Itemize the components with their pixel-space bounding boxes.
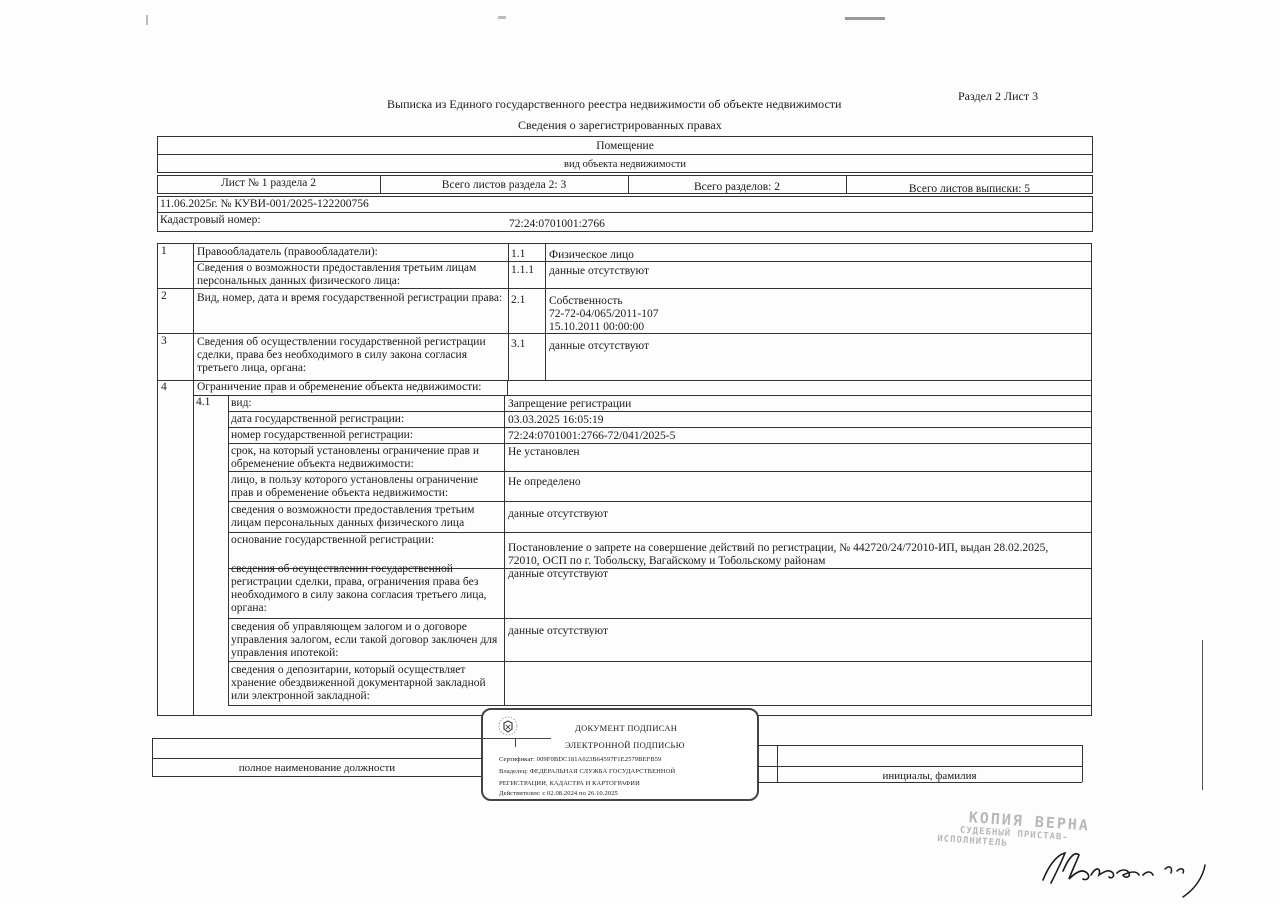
enc-personal-data-label: сведения о возможности предоставления тр…	[231, 504, 501, 530]
enc-date-label: дата государственной регистрации:	[231, 413, 404, 426]
document-title: Выписка из Единого государственного реес…	[387, 98, 841, 111]
enc-number-value: 72:24:0701001:2766-72/041/2025-5	[508, 430, 675, 443]
sub-number: 2.1	[511, 294, 525, 307]
row-number: 1	[161, 245, 167, 258]
object-type-caption: вид объекта недвижимости	[157, 158, 1093, 171]
total-section-sheets: Всего листов раздела 2: 3	[380, 179, 628, 192]
right-holder-value: Физическое лицо	[549, 249, 634, 262]
right-reg-date: 15.10.2011 00:00:00	[549, 321, 644, 334]
enc-beneficiary-label: лицо, в пользу которого установлены огра…	[231, 474, 503, 500]
position-caption: полное наименование должности	[152, 762, 482, 775]
section-sheet-label: Раздел 2 Лист 3	[958, 90, 1038, 103]
signed-line-2: ЭЛЕКТРОННОЙ ПОДПИСЬЮ	[565, 740, 685, 750]
enc-consent-value: данные отсутствуют	[508, 568, 608, 581]
row-number: 3	[161, 335, 167, 348]
enc-pledge-manager-value: данные отсутствуют	[508, 625, 608, 638]
consent-value: данные отсутствуют	[549, 340, 649, 353]
enc-term-label: срок, на который установлены ограничение…	[231, 445, 503, 471]
enc-pledge-manager-label: сведения об управляющем залогом и о дого…	[231, 621, 503, 660]
cadastral-label: Кадастровый номер:	[160, 214, 261, 227]
certificate-owner-1: Владелец: ФЕДЕРАЛЬНАЯ СЛУЖБА ГОСУДАРСТВЕ…	[499, 767, 675, 776]
enc-depositary-label: сведения о депозитарии, который осуществ…	[231, 664, 493, 703]
encumbrance-number: 4.1	[196, 396, 210, 409]
certificate-validity: Действителен: с 02.08.2024 по 26.10.2025	[499, 789, 618, 798]
personal-data-value: данные отсутствуют	[549, 265, 649, 278]
scan-artifact	[498, 16, 506, 19]
signed-line-1: ДОКУМЕНТ ПОДПИСАН	[575, 723, 677, 733]
row-number: 4	[161, 381, 167, 394]
object-type-value: Помещение	[157, 140, 1093, 153]
electronic-signature-stamp: ДОКУМЕНТ ПОДПИСАН ЭЛЕКТРОННОЙ ПОДПИСЬЮ С…	[481, 708, 759, 801]
enc-consent-label: сведения об осуществлении государственно…	[231, 563, 503, 615]
enc-basis-value: Постановление о запрете на совершение де…	[508, 542, 1068, 568]
certificate-owner-2: РЕГИСТРАЦИИ, КАДАСТРА И КАРТОГРАФИИ	[499, 779, 640, 788]
emblem-icon	[497, 715, 519, 739]
certificate-number: Сертификат: 009F0BDC181A023B64597F1E2579…	[499, 755, 661, 764]
sub-number: 1.1	[511, 248, 525, 261]
total-extract-sheets: Всего листов выписки: 5	[846, 183, 1093, 196]
extract-reference: 11.06.2025г. № КУВИ-001/2025-122200756	[160, 198, 369, 211]
row-number: 2	[161, 290, 167, 303]
cadastral-number: 72:24:0701001:2766	[509, 218, 605, 231]
enc-kind-label: вид:	[231, 397, 252, 410]
scan-artifact	[146, 15, 148, 25]
sub-number: 3.1	[511, 338, 525, 351]
name-caption: инициалы, фамилия	[777, 770, 1082, 783]
sheet-of-section: Лист № 1 раздела 2	[157, 177, 380, 190]
right-holder-label: Правообладатель (правообладатели):	[197, 246, 378, 259]
enc-beneficiary-value: Не определено	[508, 476, 581, 489]
enc-kind-value: Запрещение регистрации	[508, 398, 631, 411]
right-reg-number: 72-72-04/065/2011-107	[549, 308, 658, 321]
scan-artifact	[845, 17, 885, 20]
handwritten-signature	[1035, 835, 1235, 905]
enc-basis-label: основание государственной регистрации:	[231, 534, 434, 547]
document-subtitle: Сведения о зарегистрированных правах	[518, 119, 722, 132]
enc-personal-data-value: данные отсутствуют	[508, 508, 608, 521]
personal-data-label: Сведения о возможности предоставления тр…	[197, 262, 505, 288]
enc-date-value: 03.03.2025 16:05:19	[508, 414, 604, 427]
consent-label: Сведения об осуществлении государственно…	[197, 336, 497, 375]
right-type: Собственность	[549, 295, 623, 308]
total-sections: Всего разделов: 2	[628, 181, 846, 194]
enc-term-value: Не установлен	[508, 446, 580, 459]
encumbrance-label: Ограничение прав и обременение объекта н…	[197, 381, 481, 394]
registration-label: Вид, номер, дата и время государственной…	[197, 292, 505, 305]
enc-number-label: номер государственной регистрации:	[231, 429, 413, 442]
sub-number: 1.1.1	[511, 264, 534, 277]
